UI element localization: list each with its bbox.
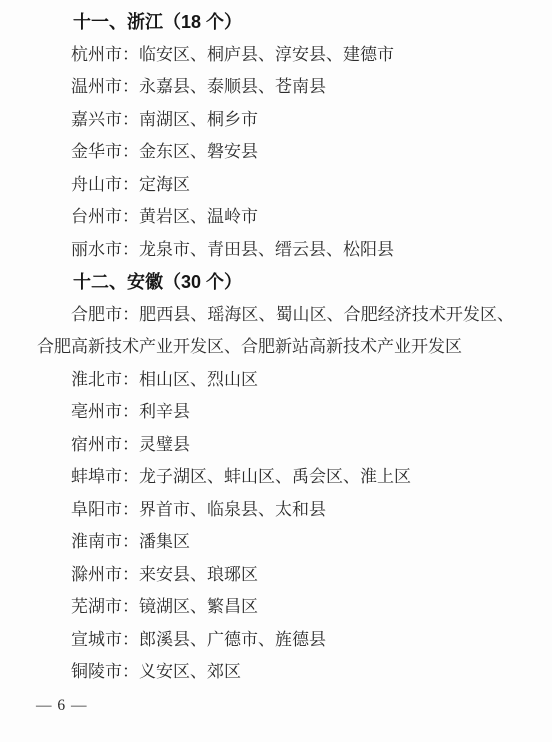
city-entry: 宣城市：郎溪县、广德市、旌德县: [37, 624, 514, 657]
page-number: — 6 —: [36, 697, 88, 715]
city-label: 台州市：: [71, 207, 139, 226]
city-label: 宿州市：: [71, 435, 139, 454]
regions-list: 灵璧县: [139, 435, 190, 454]
section-heading: 十二、安徽（30 个）: [37, 266, 514, 299]
regions-list: 临安区、桐庐县、淳安县、建德市: [139, 45, 394, 64]
regions-list: 金东区、磐安县: [139, 142, 258, 161]
regions-list: 相山区、烈山区: [139, 370, 258, 389]
city-entry: 淮南市：潘集区: [37, 526, 514, 559]
city-label: 阜阳市：: [71, 500, 139, 519]
regions-list: 利辛县: [139, 402, 190, 421]
city-label: 舟山市：: [71, 175, 139, 194]
city-entry: 舟山市：定海区: [37, 169, 514, 202]
city-entry: 淮北市：相山区、烈山区: [37, 364, 514, 397]
city-label: 淮南市：: [71, 532, 139, 551]
city-label: 亳州市：: [71, 402, 139, 421]
regions-list: 黄岩区、温岭市: [139, 207, 258, 226]
section-heading: 十一、浙江（18 个）: [37, 6, 514, 39]
regions-list: 来安县、琅琊区: [139, 565, 258, 584]
city-entry: 温州市：永嘉县、泰顺县、苍南县: [37, 71, 514, 104]
city-entry: 宿州市：灵璧县: [37, 429, 514, 462]
city-label: 合肥市：: [71, 305, 139, 324]
regions-list: 义安区、郊区: [139, 662, 241, 681]
city-entry: 亳州市：利辛县: [37, 396, 514, 429]
city-label: 丽水市：: [71, 240, 139, 259]
city-entry: 阜阳市：界首市、临泉县、太和县: [37, 494, 514, 527]
city-entry: 合肥市：肥西县、瑶海区、蜀山区、合肥经济技术开发区、合肥高新技术产业开发区、合肥…: [37, 299, 514, 364]
regions-list: 界首市、临泉县、太和县: [139, 500, 326, 519]
document-content: 十一、浙江（18 个）杭州市：临安区、桐庐县、淳安县、建德市温州市：永嘉县、泰顺…: [0, 0, 552, 689]
city-entry: 滁州市：来安县、琅琊区: [37, 559, 514, 592]
city-entry: 芜湖市：镜湖区、繁昌区: [37, 591, 514, 624]
document-page: 十一、浙江（18 个）杭州市：临安区、桐庐县、淳安县、建德市温州市：永嘉县、泰顺…: [0, 0, 552, 742]
city-label: 宣城市：: [71, 630, 139, 649]
city-label: 蚌埠市：: [71, 467, 139, 486]
regions-list: 镜湖区、繁昌区: [139, 597, 258, 616]
regions-list: 郎溪县、广德市、旌德县: [139, 630, 326, 649]
city-entry: 金华市：金东区、磐安县: [37, 136, 514, 169]
city-label: 嘉兴市：: [71, 110, 139, 129]
city-label: 淮北市：: [71, 370, 139, 389]
city-entry: 台州市：黄岩区、温岭市: [37, 201, 514, 234]
city-entry: 铜陵市：义安区、郊区: [37, 656, 514, 689]
regions-list: 龙泉市、青田县、缙云县、松阳县: [139, 240, 394, 259]
city-label: 金华市：: [71, 142, 139, 161]
regions-list: 南湖区、桐乡市: [139, 110, 258, 129]
city-label: 铜陵市：: [71, 662, 139, 681]
city-label: 杭州市：: [71, 45, 139, 64]
city-entry: 丽水市：龙泉市、青田县、缙云县、松阳县: [37, 234, 514, 267]
city-entry: 蚌埠市：龙子湖区、蚌山区、禹会区、淮上区: [37, 461, 514, 494]
city-entry: 嘉兴市：南湖区、桐乡市: [37, 104, 514, 137]
regions-list: 潘集区: [139, 532, 190, 551]
regions-list: 龙子湖区、蚌山区、禹会区、淮上区: [139, 467, 411, 486]
city-label: 芜湖市：: [71, 597, 139, 616]
city-label: 滁州市：: [71, 565, 139, 584]
regions-list: 定海区: [139, 175, 190, 194]
regions-list: 永嘉县、泰顺县、苍南县: [139, 77, 326, 96]
city-label: 温州市：: [71, 77, 139, 96]
city-entry: 杭州市：临安区、桐庐县、淳安县、建德市: [37, 39, 514, 72]
